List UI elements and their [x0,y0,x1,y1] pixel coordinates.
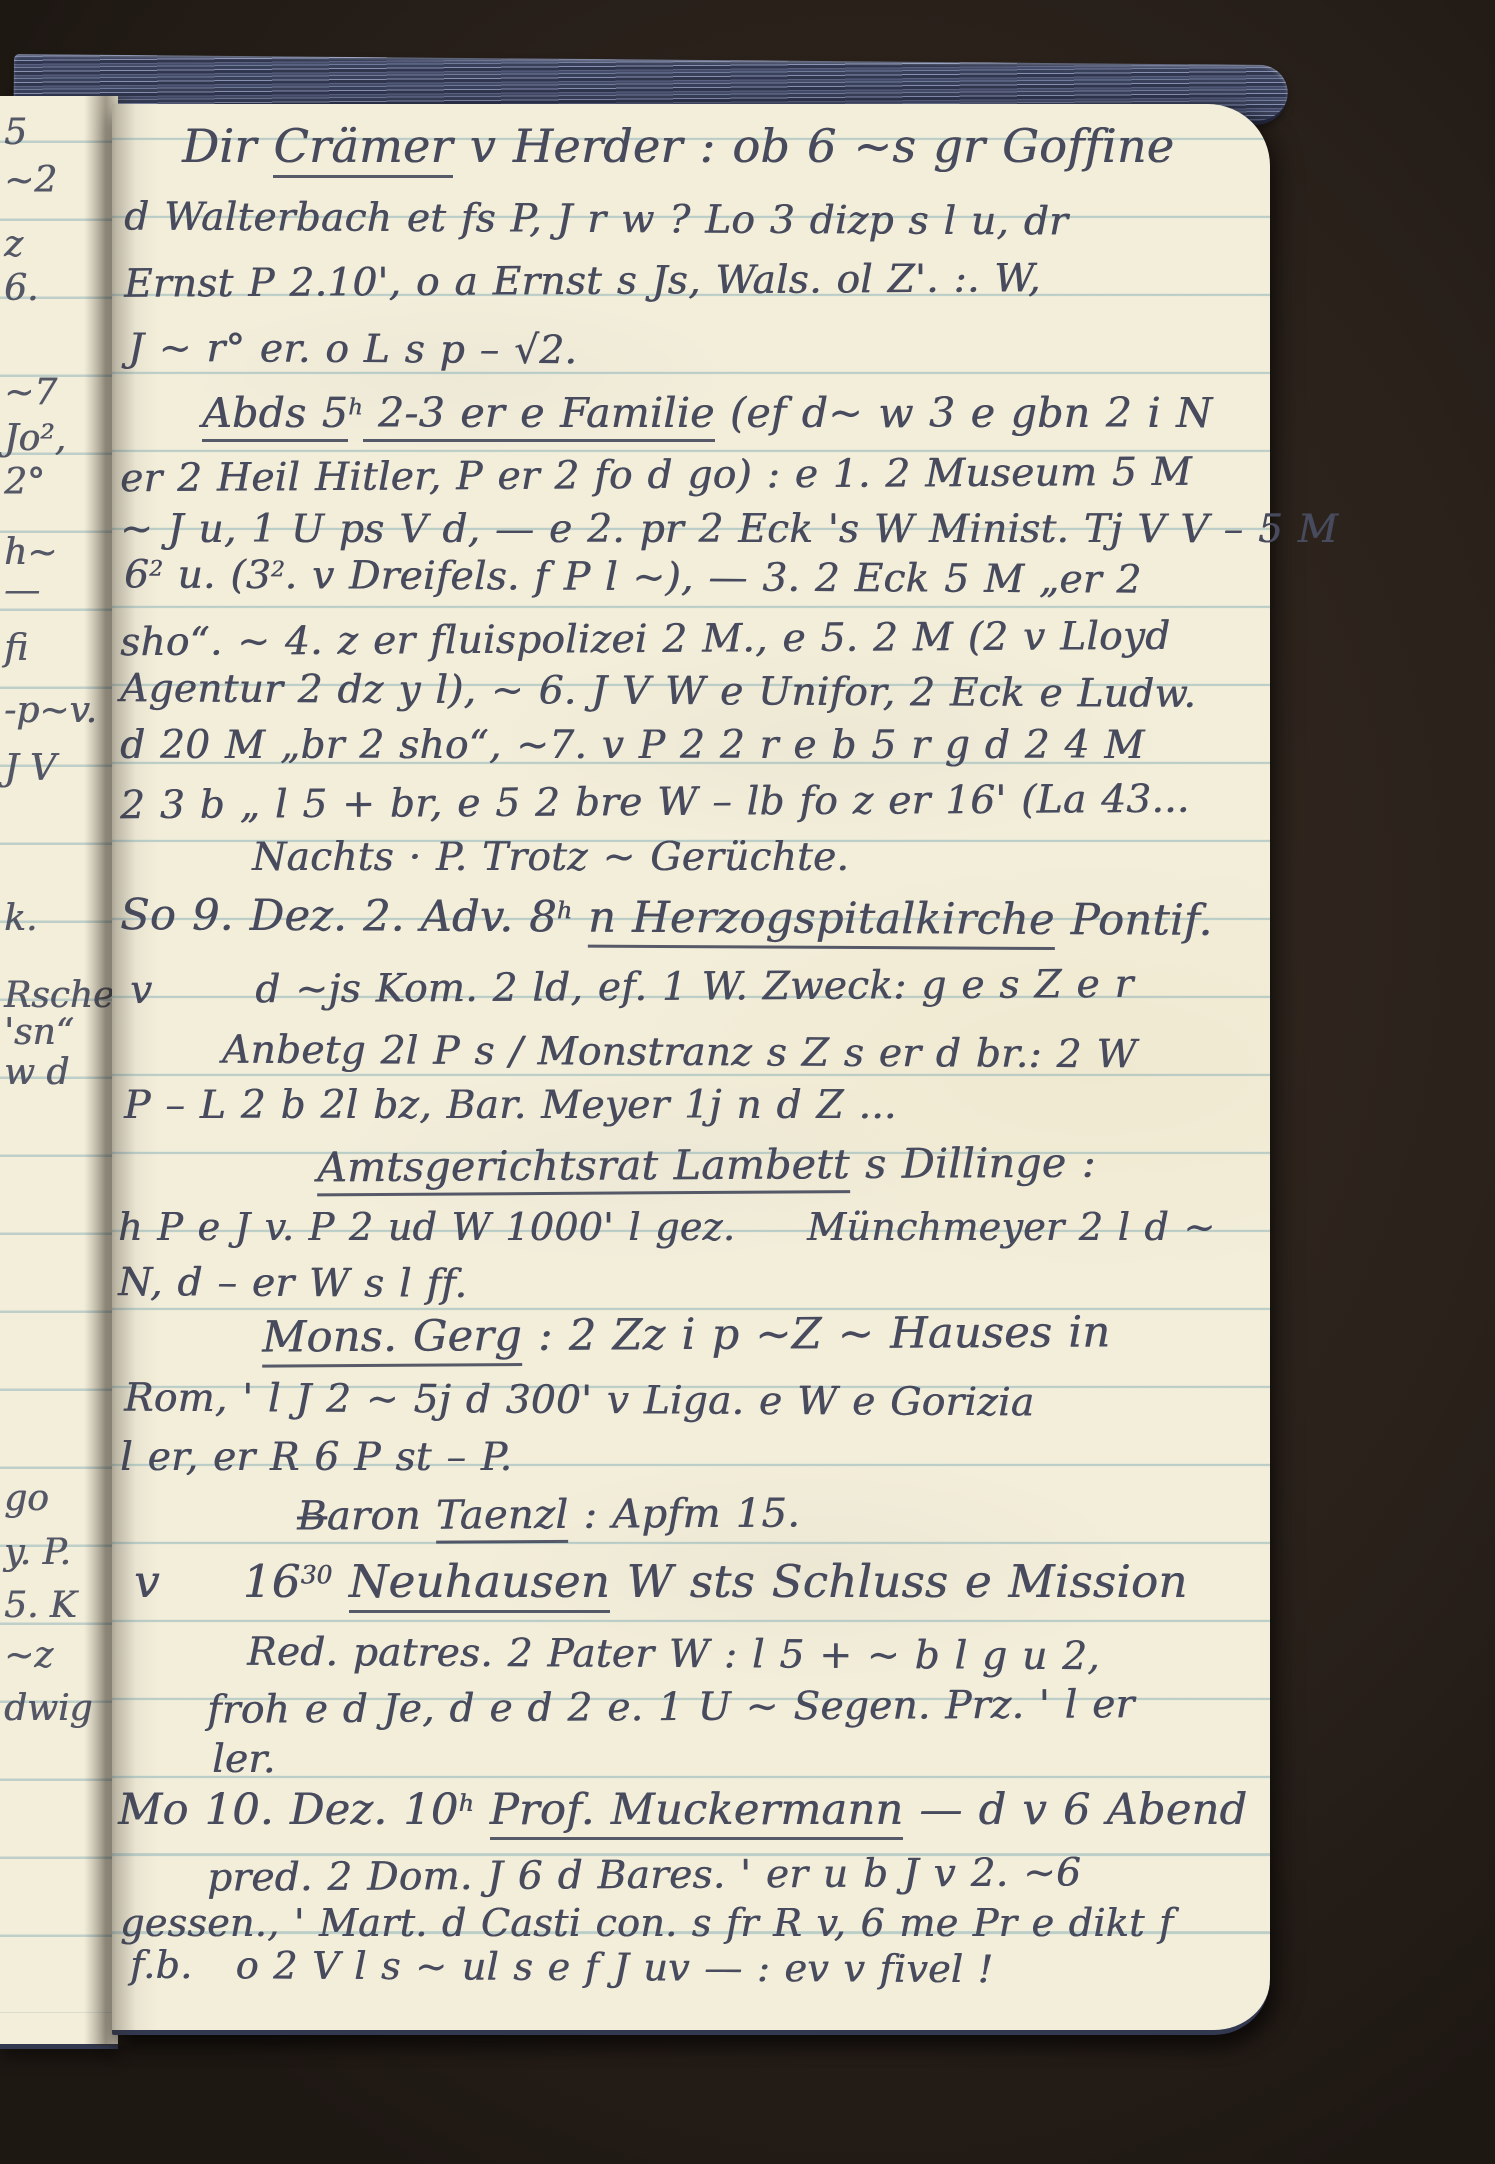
handwriting-line: Amtsgerichtsrat Lambett s Dillinge : [317,1140,1096,1192]
left-page-line-fragment: ~2 [4,160,57,201]
left-page-line-fragment: 5 [4,112,27,153]
left-page-line-fragment: 'sn“ [4,1012,74,1053]
left-page-line-fragment: fi [4,628,28,669]
gutter-shadow [84,96,136,2046]
handwriting-segment: So 9. Dez. 2. Adv. 8 [120,890,557,942]
handwriting-segment: 2-3 er e Familie [363,389,715,442]
handwriting-segment: Red. patres. 2 Pater W : l 5 + ~ b l g u… [247,1630,1100,1679]
handwriting-segment: W sts Schluss e Mission [610,1555,1188,1608]
left-page-line-fragment: k. [4,898,37,939]
handwriting-segment: J ~ r° er. o L s p – √2. [128,326,577,373]
handwriting-line: sho“. ~ 4. z er fluispolizei 2 M., e 5. … [120,615,1171,666]
left-page-line-fragment: ~7 [4,372,57,413]
handwriting-segment: Abds 5 [202,389,348,442]
handwriting-line: Anbetg 2l P s / Monstranz s Z s er d br.… [222,1029,1137,1079]
handwriting-line: froh e d Je, d e d 2 e. 1 U ~ Segen. Prz… [207,1683,1135,1734]
handwriting-segment: 30 [301,1560,333,1589]
handwriting-line: So 9. Dez. 2. Adv. 8h n Herzogspitalkirc… [120,891,1213,946]
left-page-line-fragment: w d [4,1052,69,1093]
handwriting-segment: Taenzl [436,1492,569,1544]
handwriting-segment: . v Dreifels. f P l ~), — 3. 2 Eck 5 M „… [284,553,1141,602]
handwriting-line: pred. 2 Dom. J 6 d Bares. ' er u b J v 2… [207,1851,1081,1901]
handwriting-segment: Mons. Gerg [262,1311,522,1368]
handwriting-segment: h [348,395,363,421]
handwriting-segment: s Dillinge : [849,1139,1095,1189]
handwriting-segment: — d v 6 Abend [903,1785,1247,1835]
handwriting-line: d Walterbach et fs P, J r w ? Lo 3 dizp … [124,196,1068,246]
handwriting-line: v d ~js Kom. 2 ld, ef. 1 W. Zweck: g e s… [130,963,1134,1014]
handwriting-segment: h P e J v. P 2 ud W 1000' l gez. Münchme… [118,1205,1215,1249]
handwriting-segment: er 2 Heil Hitler, P er 2 fo d go) : e 1.… [120,450,1192,502]
handwriting-segment: froh e d Je, d e d 2 e. 1 U ~ Segen. Prz… [207,1682,1135,1733]
handwriting-segment [572,893,588,943]
handwriting-line: v 1630 Neuhausen W sts Schluss e Mission [134,1556,1188,1608]
handwriting-segment: 2 3 b „ l 5 + br, e 5 2 bre W – lb fo z … [120,777,1190,829]
handwriting-segment: v Herder : ob 6 ~s gr Goffine [453,119,1175,173]
handwriting-segment: Mo 10. Dez. 10 [118,1785,458,1835]
left-page-line-fragment: J V [4,748,56,789]
handwriting-line: N, d – er W s l ff. [118,1261,467,1308]
handwriting-segment: Crämer [273,119,452,178]
handwriting-line: Mo 10. Dez. 10h Prof. Muckermann — d v 6… [118,1786,1247,1835]
handwriting-segment: Prof. Muckermann [490,1785,904,1840]
handwriting-line: Ernst P 2.10', o a Ernst s Js, Wals. ol … [124,257,1041,307]
handwriting-segment: aron [327,1493,436,1540]
handwriting-line: Rom, ' l J 2 ~ 5j d 300' v Liga. e W e G… [124,1377,1034,1427]
handwriting-segment: Neuhausen [349,1555,610,1613]
handwriting-segment: Pontif. [1054,895,1212,946]
handwriting-segment: 16 [243,1555,301,1608]
handwriting-line: Abds 5h 2-3 er e Familie (ef d~ w 3 e gb… [202,390,1212,437]
handwriting-segment: u. (3 [163,553,271,599]
handwriting-line: ler. [212,1738,276,1783]
handwriting: Dir Crämer v Herder : ob 6 ~s gr Goffine… [112,104,1270,2030]
left-page-line-fragment: 6. [4,268,38,309]
handwriting-line: Agentur 2 dz y l), ~ 6. J V W e Unifor, … [120,667,1196,717]
handwriting-segment: B [297,1493,327,1539]
handwriting-line: Dir Crämer v Herder : ob 6 ~s gr Goffine [182,120,1174,173]
handwriting-segment: ~ J u, 1 U ps V d, — e 2. pr 2 Eck 's W … [120,507,1338,552]
handwriting-segment: N, d – er W s l ff. [118,1260,467,1307]
handwriting-segment: Rom, ' l J 2 ~ 5j d 300' v Liga. e W e G… [124,1376,1034,1426]
handwriting-line: er 2 Heil Hitler, P er 2 fo d go) : e 1.… [120,451,1192,502]
handwriting-segment: n Herzogspitalkirche [588,893,1055,950]
left-page-line-fragment: 5. K [4,1585,77,1626]
handwriting-segment: Agentur 2 dz y l), ~ 6. J V W e Unifor, … [120,666,1196,717]
handwriting-segment: ler. [212,1737,276,1782]
left-page-line-fragment: z [4,224,23,265]
handwriting-line: 62 u. (32. v Dreifels. f P l ~), — 3. 2 … [124,553,1142,603]
handwriting-segment: (ef d~ w 3 e gbn 2 i N [715,389,1213,437]
handwriting-line: l er, er R 6 P st – P. [120,1436,512,1481]
handwriting-segment: d Walterbach et fs P, J r w ? Lo 3 dizp … [124,195,1068,245]
left-page-line-fragment: y. P. [4,1532,71,1573]
notebook-photo: 5~2z6.~7Jo²,2°h~—fi-p~v.J Vk.Rsche.'sn“w… [0,0,1495,2164]
left-page-line-fragment: ~z [4,1635,53,1676]
handwriting-segment: Anbetg 2l P s / Monstranz s Z s er d br.… [222,1028,1137,1078]
handwriting-line: f.b. o 2 V l s ~ ul s e f J uv — : ev v … [130,1944,993,1992]
handwriting-segment [474,1785,490,1835]
left-page-line-fragment: go [4,1478,49,1519]
handwriting-segment: sho“. ~ 4. z er fluispolizei 2 M., e 5. … [120,614,1171,665]
handwriting-segment: P – L 2 b 2l bz, Bar. Meyer 1j n d Z ... [124,1083,897,1128]
handwriting-line: Baron Taenzl : Apfm 15. [297,1490,800,1539]
handwriting-line: P – L 2 b 2l bz, Bar. Meyer 1j n d Z ... [124,1084,897,1129]
handwriting-segment: h [458,1789,473,1817]
notebook-page: Dir Crämer v Herder : ob 6 ~s gr Goffine… [112,104,1270,2035]
handwriting-segment: gessen., ' Mart. d Casti con. s fr R v, … [120,1901,1173,1945]
handwriting-line: Nachts · P. Trotz ~ Gerüchte. [252,836,849,881]
handwriting-segment: : 2 Zz i p ~Z ~ Hauses in [522,1307,1111,1361]
handwriting-line: gessen., ' Mart. d Casti con. s fr R v, … [120,1902,1173,1946]
handwriting-line: d 20 M „br 2 sho“, ~7. v P 2 2 r e b 5 r… [120,724,1144,769]
handwriting-segment: Amtsgerichtsrat Lambett [317,1140,850,1196]
handwriting-line: h P e J v. P 2 ud W 1000' l gez. Münchme… [118,1206,1215,1250]
handwriting-segment: : Apfm 15. [568,1490,800,1537]
handwriting-segment: Nachts · P. Trotz ~ Gerüchte. [252,835,849,880]
handwriting-line: J ~ r° er. o L s p – √2. [128,327,577,374]
handwriting-segment: d 20 M „br 2 sho“, ~7. v P 2 2 r e b 5 r… [120,723,1144,768]
handwriting-line: Red. patres. 2 Pater W : l 5 + ~ b l g u… [247,1631,1100,1680]
handwriting-segment: v d ~js Kom. 2 ld, ef. 1 W. Zweck: g e s… [130,962,1134,1013]
handwriting-segment: Dir [182,119,273,173]
left-page-line-fragment: 2° [4,462,45,503]
handwriting-segment: l er, er R 6 P st – P. [120,1435,512,1480]
handwriting-segment: f.b. o 2 V l s ~ ul s e f J uv — : ev v … [130,1943,993,1992]
handwriting-segment: Ernst P 2.10', o a Ernst s Js, Wals. ol … [124,256,1041,307]
left-page-line-fragment: Jo², [4,418,66,459]
handwriting-segment: 2 [271,557,285,582]
handwriting-segment: v [134,1555,243,1608]
handwriting-segment: 2 [149,557,163,582]
left-page-line-fragment: dwig [4,1688,92,1729]
handwriting-line: Mons. Gerg : 2 Zz i p ~Z ~ Hauses in [262,1308,1110,1363]
left-page-line-fragment: — [4,570,40,611]
left-page-line-fragment: h~ [4,532,57,573]
handwriting-segment: h [557,896,572,924]
handwriting-line: ~ J u, 1 U ps V d, — e 2. pr 2 Eck 's W … [120,508,1338,553]
left-page-line-fragment: -p~v. [4,690,97,731]
handwriting-segment: pred. 2 Dom. J 6 d Bares. ' er u b J v 2… [207,1850,1081,1900]
handwriting-segment [332,1555,349,1608]
handwriting-line: 2 3 b „ l 5 + br, e 5 2 bre W – lb fo z … [120,778,1190,829]
